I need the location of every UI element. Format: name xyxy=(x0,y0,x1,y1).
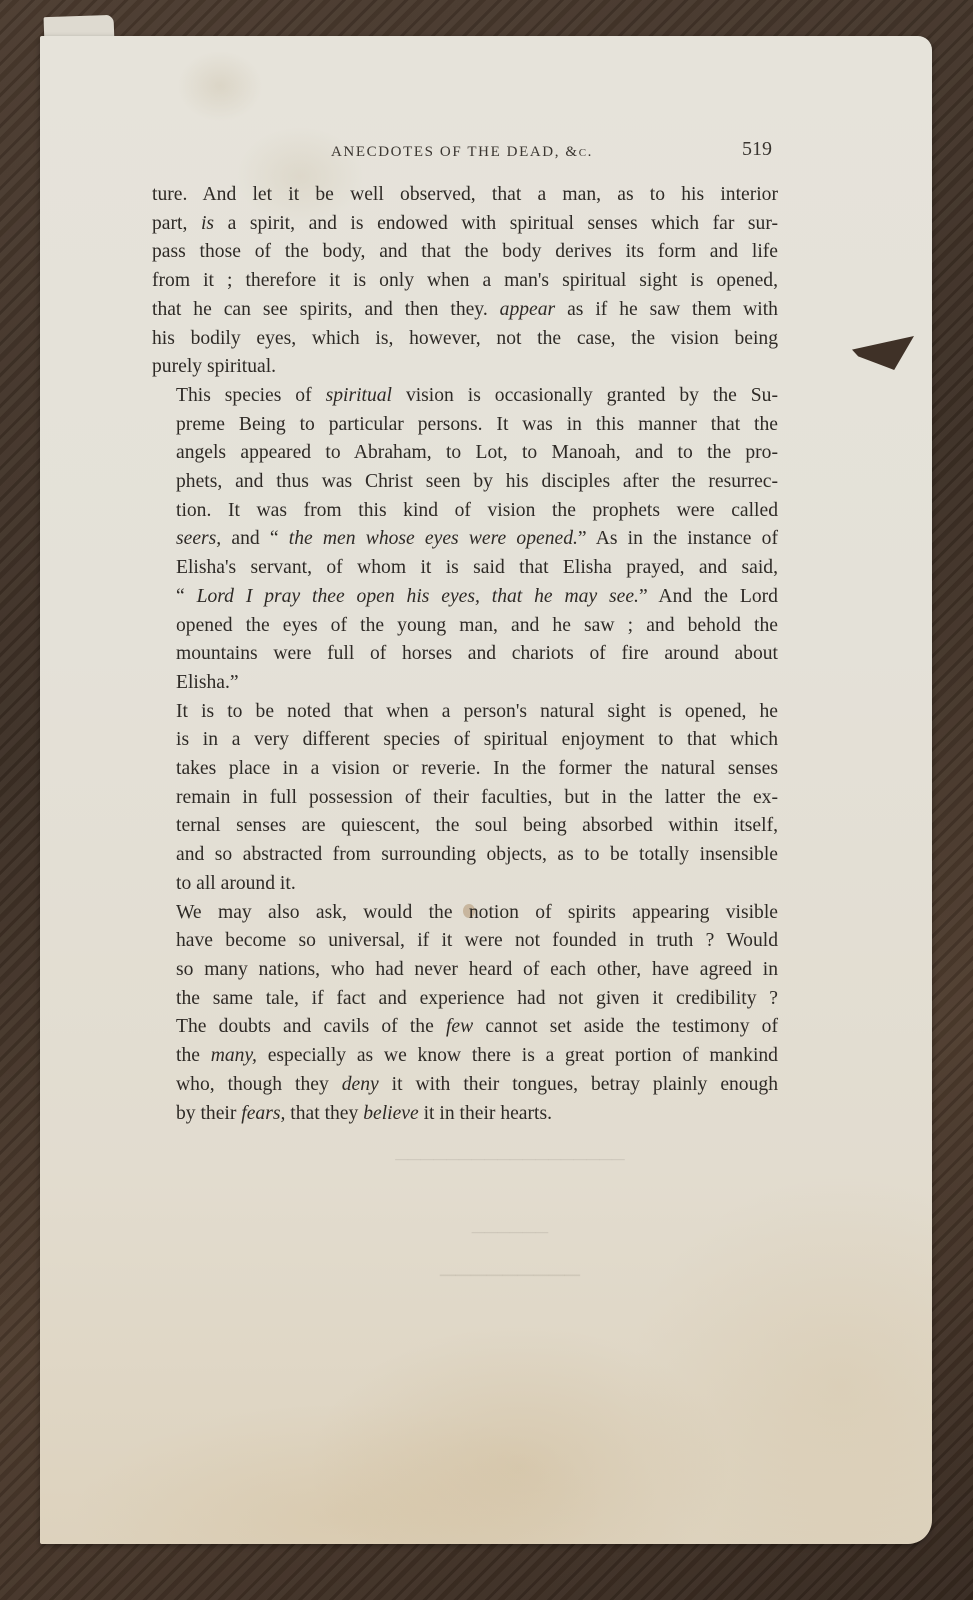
italic-text: believe xyxy=(363,1103,418,1124)
text-line: takes place in a vision or reverie. In t… xyxy=(152,755,778,784)
text-line: tion. It was from this kind of vision th… xyxy=(152,497,778,526)
text-run: vision is occasionally granted by the Su… xyxy=(392,385,778,406)
body-text: ture. And let it be well observed, that … xyxy=(152,181,778,1128)
text-run: a spirit, and is endowed with spiritual … xyxy=(214,213,778,234)
text-run: purely spiritual. xyxy=(152,356,276,377)
text-run: that he can see spirits, and then they. xyxy=(152,299,500,320)
text-line: and so abstracted from surrounding objec… xyxy=(152,841,778,870)
text-line: ternal senses are quiescent, the soul be… xyxy=(152,812,778,841)
text-line: to all around it. xyxy=(152,870,778,899)
text-run: the xyxy=(176,1045,211,1066)
text-run: Elisha.” xyxy=(176,672,239,693)
text-run: from it ; therefore it is only when a ma… xyxy=(152,270,778,291)
paragraph: This species of spiritual vision is occa… xyxy=(152,382,778,698)
text-run: ternal senses are quiescent, the soul be… xyxy=(176,815,778,836)
text-run: part, xyxy=(152,213,201,234)
text-run: it with their tongues, betray plainly en… xyxy=(379,1074,778,1095)
text-run: ” As in the instance of xyxy=(578,528,778,549)
text-run: Elisha's servant, of whom it is said tha… xyxy=(176,557,778,578)
text-run: ” And the Lord xyxy=(639,586,778,607)
italic-text: few xyxy=(446,1016,473,1037)
text-run: by their xyxy=(176,1103,241,1124)
text-line: preme Being to particular persons. It wa… xyxy=(152,411,778,440)
text-run: angels appeared to Abraham, to Lot, to M… xyxy=(176,442,778,463)
text-line: so many nations, who had never heard of … xyxy=(152,956,778,985)
text-line: ture. And let it be well observed, that … xyxy=(152,181,778,210)
text-run: especially as we know there is a great p… xyxy=(257,1045,778,1066)
text-line: purely spiritual. xyxy=(152,353,778,382)
text-line: is in a very different species of spirit… xyxy=(152,726,778,755)
text-run: This species of xyxy=(176,385,326,406)
text-line: from it ; therefore it is only when a ma… xyxy=(152,267,778,296)
italic-text: Lord I pray thee open his eyes, that he … xyxy=(197,586,639,607)
text-run: remain in full possession of their facul… xyxy=(176,787,778,808)
italic-text: the men whose eyes were opened. xyxy=(289,528,578,549)
text-run: opened the eyes of the young man, and he… xyxy=(176,615,778,636)
text-line: We may also ask, would the notion of spi… xyxy=(152,899,778,928)
text-line: The doubts and cavils of the few cannot … xyxy=(152,1013,778,1042)
italic-text: fears, xyxy=(241,1103,285,1124)
text-run: and so abstracted from surrounding objec… xyxy=(176,844,778,865)
italic-text: many, xyxy=(211,1045,257,1066)
text-run: “ xyxy=(176,586,197,607)
text-line: angels appeared to Abraham, to Lot, to M… xyxy=(152,439,778,468)
text-run: preme Being to particular persons. It wa… xyxy=(176,414,778,435)
text-run: tion. It was from this kind of vision th… xyxy=(176,500,778,521)
text-line: mountains were full of horses and chario… xyxy=(152,640,778,669)
italic-text: seers, xyxy=(176,528,221,549)
text-run: takes place in a vision or reverie. In t… xyxy=(176,758,778,779)
italic-text: spiritual xyxy=(326,385,392,406)
text-line: Elisha's servant, of whom it is said tha… xyxy=(152,554,778,583)
text-run: to all around it. xyxy=(176,873,296,894)
text-run: and “ xyxy=(221,528,289,549)
text-run: mountains were full of horses and chario… xyxy=(176,643,778,664)
text-line: seers, and “ the men whose eyes were ope… xyxy=(152,525,778,554)
show-through-text: ────────────────── xyxy=(210,1149,810,1170)
paragraph: It is to be noted that when a person's n… xyxy=(152,698,778,899)
show-through-text: ────── xyxy=(410,1222,610,1243)
text-line: who, though they deny it with their tong… xyxy=(152,1071,778,1100)
text-run: the same tale, if fact and experience ha… xyxy=(176,988,778,1009)
text-line: his bodily eyes, which is, however, not … xyxy=(152,325,778,354)
text-run: his bodily eyes, which is, however, not … xyxy=(152,328,778,349)
text-line: the many, especially as we know there is… xyxy=(152,1042,778,1071)
text-line: have become so universal, if it were not… xyxy=(152,927,778,956)
paragraph: ture. And let it be well observed, that … xyxy=(152,181,778,382)
text-line: pass those of the body, and that the bod… xyxy=(152,238,778,267)
italic-text: appear xyxy=(500,299,556,320)
text-run: It is to be noted that when a person's n… xyxy=(176,701,778,722)
text-run: We may also ask, would the notion of spi… xyxy=(176,902,778,923)
text-line: by their fears, that they believe it in … xyxy=(152,1100,778,1129)
italic-text: deny xyxy=(342,1074,379,1095)
text-line: remain in full possession of their facul… xyxy=(152,784,778,813)
text-run: is in a very different species of spirit… xyxy=(176,729,778,750)
text-run: that they xyxy=(285,1103,363,1124)
running-header: ANECDOTES OF THE DEAD, &c. 519 xyxy=(152,138,772,166)
text-line: that he can see spirits, and then they. … xyxy=(152,296,778,325)
running-title: ANECDOTES OF THE DEAD, &c. xyxy=(152,144,772,161)
text-run: as if he saw them with xyxy=(555,299,778,320)
show-through-text: ───────── xyxy=(360,1262,660,1288)
text-line: opened the eyes of the young man, and he… xyxy=(152,612,778,641)
italic-text: is xyxy=(201,213,214,234)
text-run: cannot set aside the testimony of xyxy=(473,1016,778,1037)
text-line: “ Lord I pray thee open his eyes, that h… xyxy=(152,583,778,612)
text-run: ture. And let it be well observed, that … xyxy=(152,184,778,205)
text-run: it in their hearts. xyxy=(419,1103,552,1124)
page-number: 519 xyxy=(742,138,772,161)
text-run: have become so universal, if it were not… xyxy=(176,930,778,951)
text-line: the same tale, if fact and experience ha… xyxy=(152,985,778,1014)
text-line: It is to be noted that when a person's n… xyxy=(152,698,778,727)
text-run: so many nations, who had never heard of … xyxy=(176,959,778,980)
text-line: This species of spiritual vision is occa… xyxy=(152,382,778,411)
text-run: phets, and thus was Christ seen by his d… xyxy=(176,471,778,492)
text-line: Elisha.” xyxy=(152,669,778,698)
text-run: The doubts and cavils of the xyxy=(176,1016,446,1037)
text-run: who, though they xyxy=(176,1074,342,1095)
paragraph: We may also ask, would the notion of spi… xyxy=(152,899,778,1129)
text-line: part, is a spirit, and is endowed with s… xyxy=(152,210,778,239)
text-line: phets, and thus was Christ seen by his d… xyxy=(152,468,778,497)
text-run: pass those of the body, and that the bod… xyxy=(152,241,778,262)
